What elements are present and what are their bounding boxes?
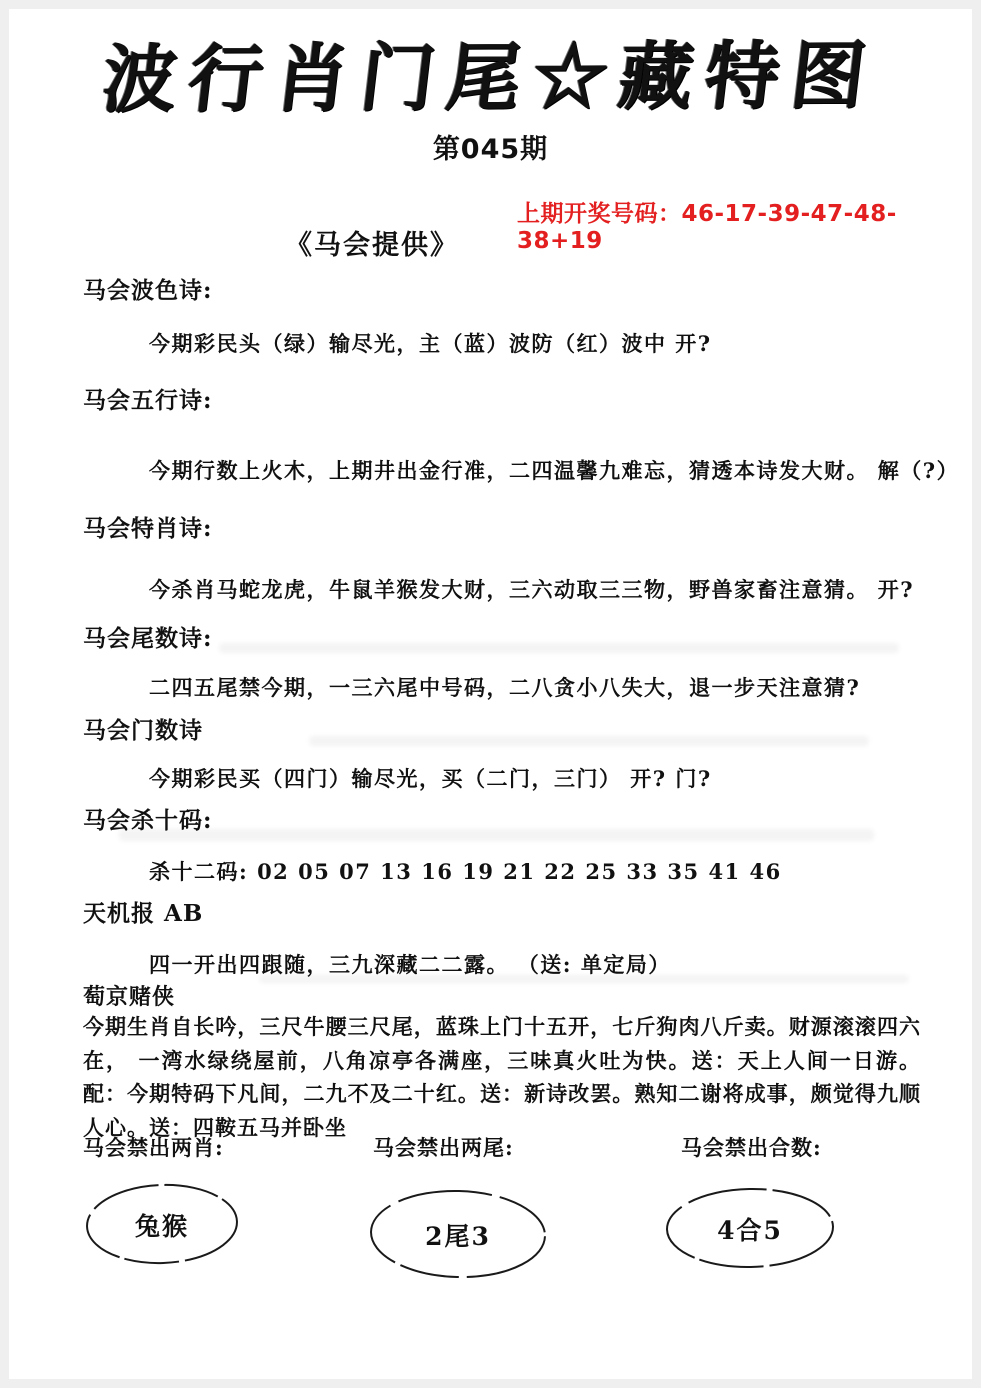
forbidden-tail-circle: 2尾3 bbox=[367, 1188, 549, 1281]
gambler-verse-text: 今期生肖自长吟，三尺牛腰三尺尾，蓝珠上门十五开，七斤狗肉八斤卖。财源滚滚四六在，… bbox=[83, 1010, 921, 1144]
poem-line-five-elements: 今期行数上火木，上期井出金行准，二四温馨九难忘，猜透本诗发大财。 解（?） bbox=[149, 455, 959, 485]
section-heading-special-zodiac: 马会特肖诗: bbox=[83, 510, 213, 543]
forbidden-tail-value: 2尾3 bbox=[425, 1217, 491, 1253]
faded-print-smudge bbox=[119, 829, 874, 841]
page-title: 波行肖门尾☆藏特图 bbox=[2, 16, 978, 127]
forbidden-sum-circle: 4合5 bbox=[663, 1186, 837, 1271]
forbidden-zodiac-value: 兔猴 bbox=[135, 1207, 189, 1243]
section-heading-five-elements: 马会五行诗: bbox=[83, 382, 213, 415]
poem-line-gate-number: 今期彩民买（四门）输尽光，买（二门，三门） 开? 门? bbox=[149, 763, 712, 793]
faded-print-smudge bbox=[259, 975, 909, 983]
poem-line-wave-color: 今期彩民头（绿）输尽光，主（蓝）波防（红）波中 开? bbox=[149, 328, 712, 358]
poem-line-tail-number: 二四五尾禁今期，一三六尾中号码，二八贪小八失大，退一步天注意猜? bbox=[149, 672, 860, 702]
section-heading-wave-color: 马会波色诗: bbox=[83, 272, 213, 305]
gambler-heading: 萄京赌侠 bbox=[83, 980, 175, 1011]
tip-sheet-page: 波行肖门尾☆藏特图 第045期 上期开奖号码：46-17-39-47-48-38… bbox=[0, 0, 981, 1388]
section-heading-tail-number: 马会尾数诗: bbox=[83, 620, 213, 653]
faded-print-smudge bbox=[309, 736, 869, 746]
killed-codes-list: 杀十二码: 02 05 07 13 16 19 21 22 25 33 35 4… bbox=[149, 856, 782, 886]
forbidden-zodiac-circle: 兔猴 bbox=[83, 1182, 241, 1267]
section-heading-tianji-report: 天机报 AB bbox=[83, 895, 203, 928]
faded-print-smudge bbox=[219, 643, 899, 653]
provider-title: 《马会提供》 bbox=[285, 223, 459, 262]
forbidden-tail-label: 马会禁出两尾: bbox=[373, 1132, 514, 1162]
last-draw-result: 上期开奖号码：46-17-39-47-48-38+19 bbox=[517, 195, 972, 254]
forbidden-zodiac-label: 马会禁出两肖: bbox=[83, 1132, 224, 1162]
section-heading-gate-number: 马会门数诗 bbox=[83, 712, 203, 745]
forbidden-sum-value: 4合5 bbox=[717, 1211, 783, 1247]
forbidden-sum-label: 马会禁出合数: bbox=[681, 1132, 822, 1162]
issue-number: 第045期 bbox=[9, 127, 972, 166]
poem-line-special-zodiac: 今杀肖马蛇龙虎，牛鼠羊猴发大财，三六动取三三物，野兽家畜注意猜。 开? bbox=[149, 574, 914, 604]
